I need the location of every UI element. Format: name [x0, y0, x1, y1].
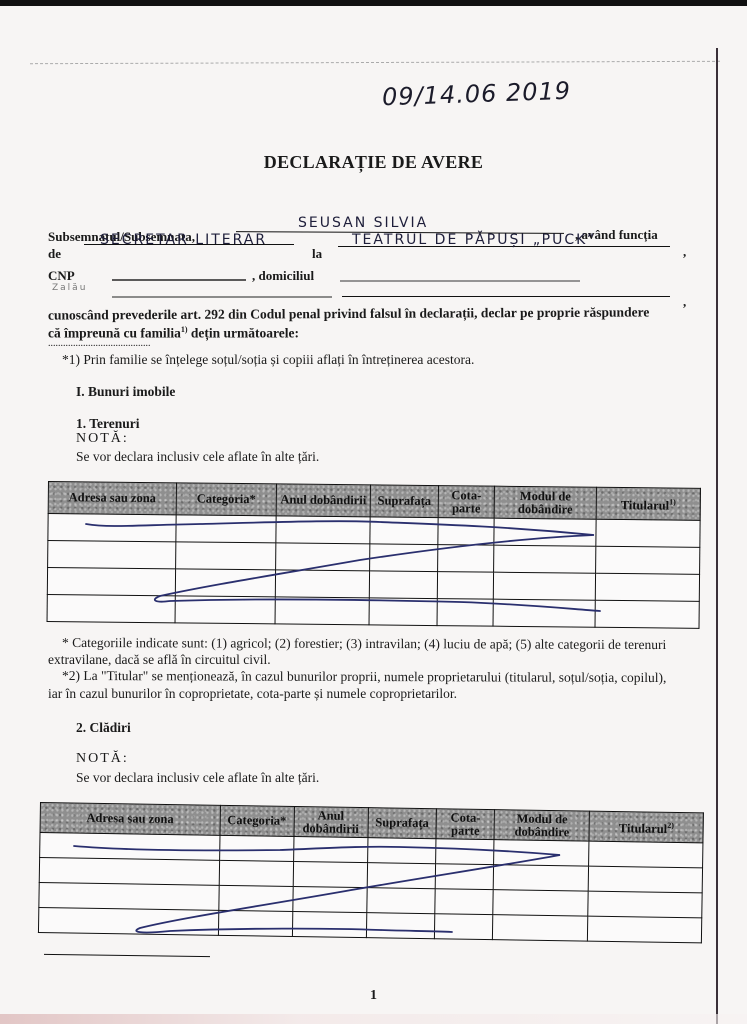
table-cell	[493, 915, 588, 941]
table-cell	[493, 865, 588, 891]
table-cell	[367, 838, 436, 864]
table-cell	[369, 598, 437, 626]
scan-shadow	[0, 0, 747, 6]
comma: ,	[683, 244, 686, 260]
table-cell	[435, 889, 493, 915]
footnote-categories-2: extravilane, dacă se află în circuitul c…	[48, 652, 271, 668]
table-cell	[437, 599, 493, 627]
table-cell	[175, 596, 275, 624]
terenuri-table: Adresa sau zona Categoria* Anul dobândir…	[47, 481, 701, 629]
header-titularul-sup: 1)	[669, 497, 676, 506]
declaration-text-end: dețin următoarele:	[188, 326, 299, 341]
table-cell	[47, 594, 175, 622]
function-field: SECRETAR LITERAR	[100, 232, 267, 248]
header-titularul-text: Titularul	[619, 821, 668, 836]
label-de: de	[48, 246, 61, 262]
table-cell	[293, 836, 367, 862]
table-cell	[438, 545, 494, 573]
table-cell	[218, 910, 292, 936]
cladiri-table: Adresa sau zona Categoria* Anul dobândir…	[38, 802, 704, 943]
header-titularul-sup: 2)	[667, 821, 674, 830]
scanned-page: 09/14.06 2019 DECLARAȚIE DE AVERE Subsem…	[0, 0, 747, 1024]
footnote-titular-1: *2) La "Titular" se menționează, în cazu…	[62, 668, 666, 686]
table-cell	[436, 839, 494, 865]
table-cell	[275, 597, 369, 625]
table-row	[47, 594, 699, 628]
comma-2: ,	[683, 294, 686, 310]
declaration-sup: 1)	[181, 325, 188, 334]
institution-field: TEATRUL DE PĂPUȘI „PUCK”	[352, 232, 596, 248]
header-titularul-text: Titularul	[621, 498, 670, 513]
footer-divider	[44, 954, 210, 957]
table-cell	[176, 542, 276, 570]
table-cell	[38, 907, 218, 935]
table-cell	[48, 514, 176, 542]
header-titularul: Titularul2)	[589, 811, 703, 843]
header-anul: Anul dobândirii	[294, 806, 368, 837]
scan-bottom-edge	[0, 1014, 747, 1024]
nota-text-terenuri: Se vor declara inclusiv cele aflate în a…	[76, 449, 319, 465]
address-field-1	[340, 280, 580, 282]
nota-text-cladiri: Se vor declara inclusiv cele aflate în a…	[76, 770, 319, 786]
table-cell	[370, 544, 438, 572]
header-cota-parte: Cota-parte	[438, 486, 494, 519]
nota-label-cladiri: NOTĂ:	[76, 751, 129, 767]
table-cell	[494, 545, 596, 573]
header-titularul: Titularul1)	[596, 487, 700, 520]
table-cell	[219, 835, 293, 861]
address-line	[342, 296, 670, 297]
table-cell	[437, 572, 493, 600]
header-adresa: Adresa sau zona	[40, 803, 220, 836]
footnote-categories-1: * Categoriile indicate sunt: (1) agricol…	[62, 635, 666, 653]
table-cell	[595, 573, 699, 601]
table-cell	[435, 864, 493, 890]
page-edge-top	[30, 61, 720, 64]
table-cell	[39, 858, 219, 886]
page-edge-right	[716, 48, 718, 1024]
table-cell	[369, 571, 437, 599]
table-cell	[292, 911, 366, 937]
table-cell	[40, 833, 220, 861]
table-cell	[219, 860, 293, 886]
page-number: 1	[0, 988, 747, 1004]
table-cell	[596, 519, 700, 547]
section-bunuri-imobile: I. Bunuri imobile	[76, 384, 175, 400]
header-adresa: Adresa sau zona	[48, 482, 176, 515]
table-cell	[493, 572, 595, 600]
table-cell	[293, 861, 367, 887]
header-modul: Modul de dobândire	[494, 810, 590, 841]
nota-label-terenuri: NOTĂ:	[76, 431, 129, 447]
table-cell	[366, 888, 435, 914]
header-suprafata: Suprafața	[370, 485, 438, 518]
table-cell	[276, 543, 370, 571]
header-cota-parte: Cota-parte	[436, 809, 495, 840]
table-cell	[494, 518, 596, 546]
table-cell	[276, 516, 370, 544]
header-categoria: Categoria*	[220, 805, 294, 836]
section-cladiri: 2. Clădiri	[76, 720, 131, 736]
header-modul: Modul de dobândire	[494, 486, 596, 519]
name-field: SEUSAN SILVIA	[298, 215, 428, 231]
table-cell	[218, 885, 292, 911]
table-cell	[589, 866, 703, 893]
header-anul: Anul dobândirii	[276, 484, 370, 517]
table-cell	[493, 599, 595, 627]
table-cell	[292, 886, 366, 912]
table-cell	[176, 515, 276, 543]
footnote-titular-2: iar în cazul bunurilor în coproprietate,…	[48, 686, 457, 702]
handwritten-date: 09/14.06 2019	[382, 77, 572, 112]
label-la: la	[312, 246, 322, 262]
table-cell	[48, 541, 176, 569]
table-cell	[175, 569, 275, 597]
table-cell	[493, 890, 588, 916]
table-cell	[435, 914, 493, 940]
table-cell	[588, 891, 702, 918]
table-cell	[367, 863, 436, 889]
table-cell	[275, 570, 369, 598]
table-cell	[595, 600, 699, 628]
declaration-line-1: cunoscând prevederile art. 292 din Codul…	[48, 304, 649, 323]
table-cell	[588, 916, 702, 943]
address-field-2	[112, 296, 332, 298]
table-cell	[589, 841, 703, 868]
header-suprafata: Suprafața	[367, 808, 436, 839]
section-terenuri: 1. Terenuri	[76, 416, 140, 432]
table-cell	[596, 546, 700, 574]
footnote-family: *1) Prin familie se înțelege soțul/soția…	[62, 352, 474, 368]
cnp-field	[112, 279, 246, 281]
table-cell	[39, 882, 219, 910]
address-partial: Zalău	[52, 283, 87, 293]
table-cell	[47, 568, 175, 596]
label-cnp: CNP	[48, 268, 75, 284]
label-domiciliul: , domiciliul	[252, 268, 314, 284]
table-cell	[494, 840, 589, 866]
table-cell	[370, 517, 438, 545]
document-title: DECLARAȚIE DE AVERE	[0, 152, 747, 173]
table-cell	[438, 518, 494, 546]
dotted-line: ........................................…	[48, 338, 151, 349]
table-cell	[366, 913, 435, 939]
header-categoria: Categoria*	[176, 483, 276, 516]
